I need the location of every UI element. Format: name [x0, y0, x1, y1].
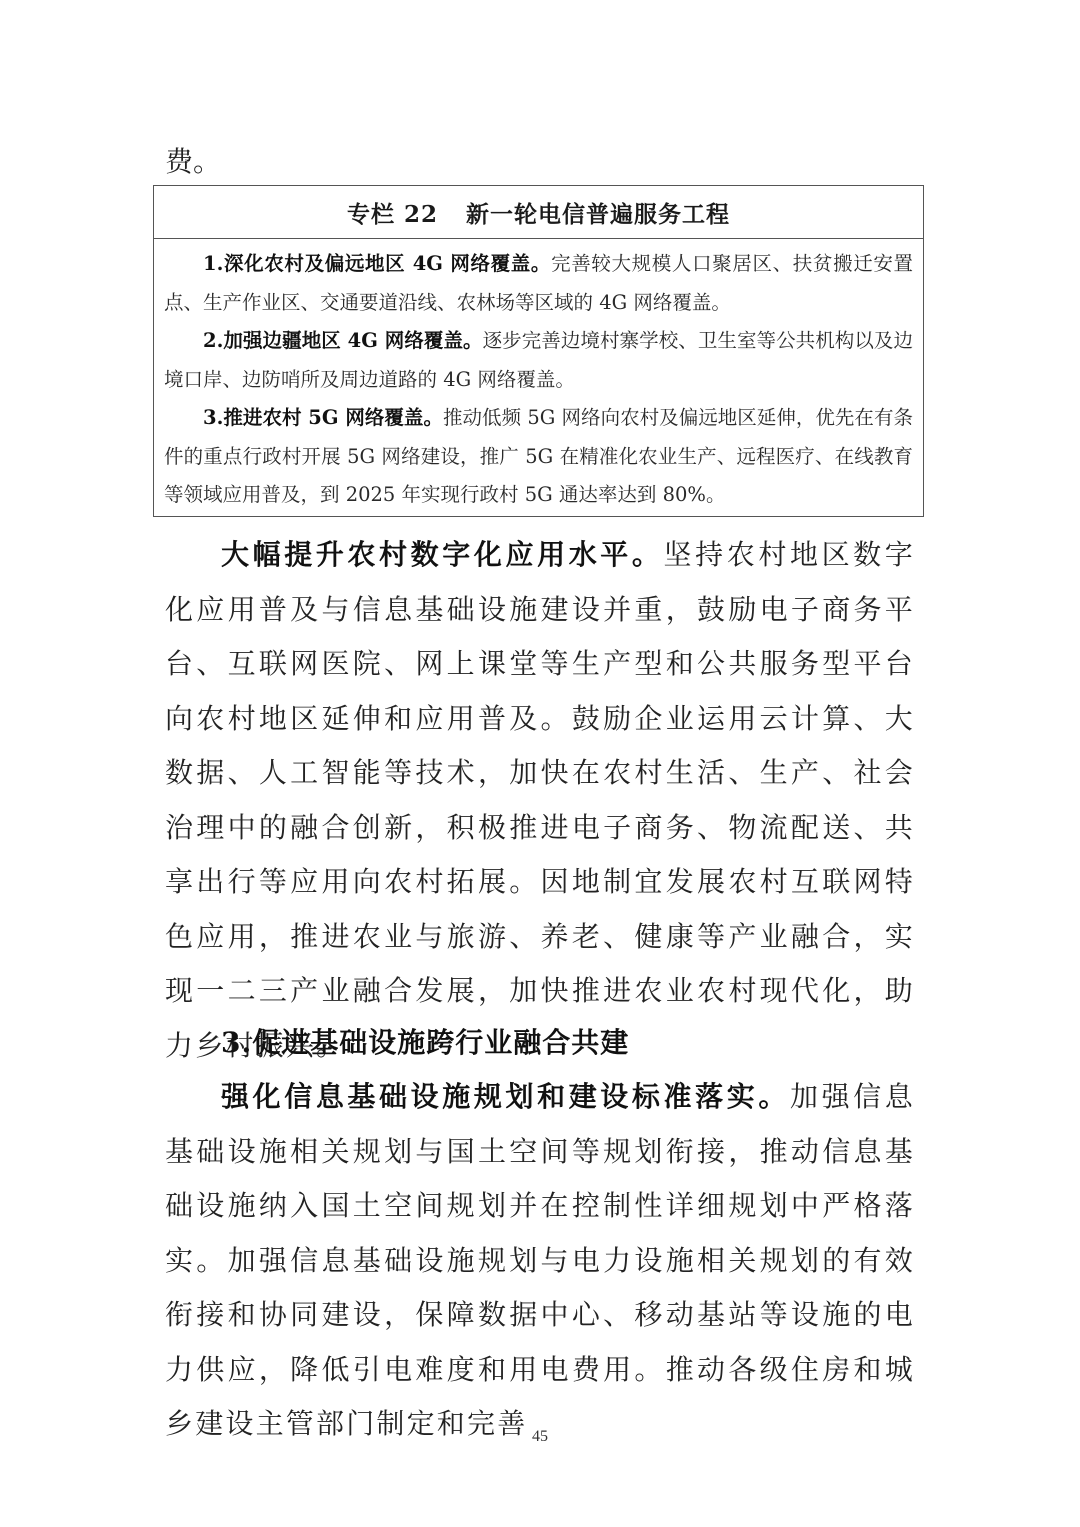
paragraph-text: 坚持农村地区数字化应用普及与信息基础设施建设并重，鼓励电子商务平台、互联网医院、… — [165, 538, 915, 1062]
box-item: 2.加强边疆地区 4G 网络覆盖。逐步完善边境村寨学校、卫生室等公共机构以及边境… — [164, 322, 913, 399]
paragraph-planning-standards: 强化信息基础设施规划和建设标准落实。加强信息基础设施相关规划与国土空间等规划衔接… — [165, 1070, 915, 1452]
paragraph-rural-digital: 大幅提升农村数字化应用水平。坚持农村地区数字化应用普及与信息基础设施建设并重，鼓… — [165, 528, 915, 1073]
box-title: 新一轮电信普遍服务工程 — [466, 196, 730, 229]
box-item-heading: 3.推进农村 5G 网络覆盖。 — [203, 406, 443, 429]
box-item-heading: 2.加强边疆地区 4G 网络覆盖。 — [203, 329, 483, 352]
box-item: 1.深化农村及偏远地区 4G 网络覆盖。完善较大规模人口聚居区、扶贫搬迁安置点、… — [164, 245, 913, 322]
box-title-bar: 专栏 22 新一轮电信普遍服务工程 — [154, 186, 923, 239]
paragraph-heading: 大幅提升农村数字化应用水平。 — [221, 538, 664, 571]
box-item: 3.推进农村 5G 网络覆盖。推动低频 5G 网络向农村及偏远地区延伸，优先在有… — [164, 399, 913, 515]
leading-text-fragment: 费。 — [165, 140, 221, 184]
box-item-heading: 1.深化农村及偏远地区 4G 网络覆盖。 — [203, 252, 551, 275]
box-number: 专栏 22 — [347, 196, 438, 229]
paragraph-heading: 强化信息基础设施规划和建设标准落实。 — [221, 1080, 790, 1113]
box-body: 1.深化农村及偏远地区 4G 网络覆盖。完善较大规模人口聚居区、扶贫搬迁安置点、… — [154, 239, 923, 515]
document-page: 费。 专栏 22 新一轮电信普遍服务工程 1.深化农村及偏远地区 4G 网络覆盖… — [0, 0, 1080, 1527]
page-number: 45 — [0, 1428, 1080, 1446]
section-heading: 3.促进基础设施跨行业融合共建 — [221, 1016, 629, 1070]
column-box-22: 专栏 22 新一轮电信普遍服务工程 1.深化农村及偏远地区 4G 网络覆盖。完善… — [153, 185, 924, 517]
paragraph-text: 加强信息基础设施相关规划与国土空间等规划衔接，推动信息基础设施纳入国土空间规划并… — [165, 1080, 915, 1440]
